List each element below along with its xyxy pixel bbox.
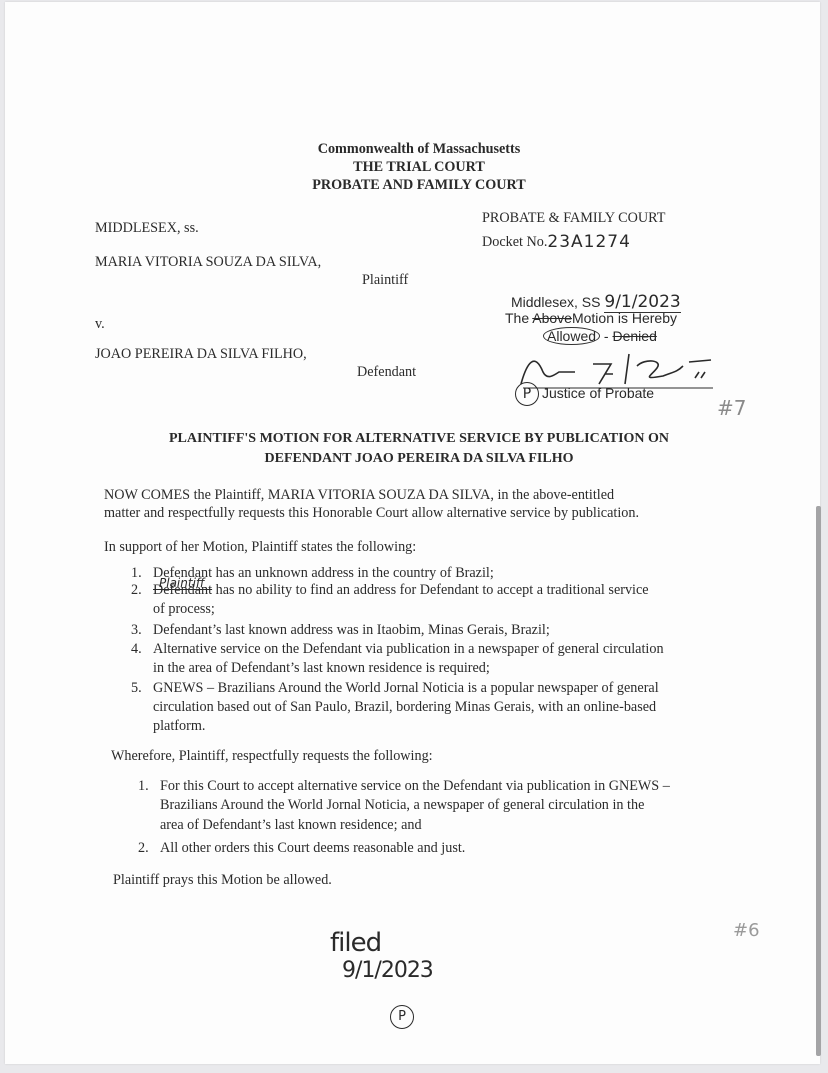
stamp-county-line: Middlesex, SS 9/1/2023: [511, 292, 681, 312]
item-text: Defendant’s last known address was in It…: [153, 622, 550, 638]
header-commonwealth: Commonwealth of Massachusetts: [5, 140, 828, 158]
item-text: All other orders this Court deems reason…: [160, 840, 465, 856]
list-item-continuation: Brazilians Around the World Jornal Notic…: [160, 795, 644, 815]
item-text: GNEWS – Brazilians Around the World Jorn…: [153, 680, 659, 696]
list-item: 1. For this Court to accept alternative …: [138, 776, 670, 796]
county-label: MIDDLESEX, ss.: [95, 220, 199, 237]
stamp-the: The: [505, 310, 529, 326]
motion-title-line1: PLAINTIFF'S MOTION FOR ALTERNATIVE SERVI…: [5, 429, 828, 449]
list-item: 5. GNEWS – Brazilians Around the World J…: [131, 678, 659, 698]
item-text: has no ability to find an address for De…: [216, 582, 649, 598]
margin-note-top: #7: [717, 396, 746, 420]
versus-label: v.: [95, 316, 105, 333]
margin-note-bottom: #6: [733, 920, 760, 941]
support-heading: In support of her Motion, Plaintiff stat…: [104, 539, 416, 556]
list-item-continuation: in the area of Defendant’s last known re…: [153, 658, 490, 678]
list-item: 2. All other orders this Court deems rea…: [138, 838, 465, 858]
item-number: 4.: [131, 639, 142, 659]
list-item-continuation: of process;: [153, 599, 215, 619]
item-number: 3.: [131, 620, 142, 640]
defendant-role: Defendant: [357, 364, 416, 381]
plaintiff-role: Plaintiff: [362, 272, 408, 289]
list-item-continuation: area of Defendant’s last known residence…: [160, 815, 422, 835]
stamp-justice-label: Justice of Probate: [542, 385, 654, 401]
closing-statement: Plaintiff prays this Motion be allowed.: [113, 872, 332, 889]
court-label: PROBATE & FAMILY COURT: [482, 210, 665, 227]
list-item-continuation: platform.: [153, 716, 205, 736]
document-page: Commonwealth of Massachusetts THE TRIAL …: [5, 2, 820, 1064]
docket-line: Docket No.23A1274: [482, 231, 631, 251]
filed-initial-circle: P: [390, 1005, 414, 1029]
item-number: 2.: [131, 580, 142, 600]
stamp-motion-line: The AboveMotion is Hereby: [505, 310, 677, 326]
defendant-name: JOAO PEREIRA DA SILVA FILHO,: [95, 346, 307, 363]
item-text-line: Defendant Plaintiff has no ability to fi…: [153, 582, 649, 598]
court-header: Commonwealth of Massachusetts THE TRIAL …: [5, 140, 828, 194]
item-text: Alternative service on the Defendant via…: [153, 641, 664, 657]
stamp-county: Middlesex, SS: [511, 294, 600, 310]
stamp-motion-text: Motion is Hereby: [572, 310, 677, 326]
intro-line1: NOW COMES the Plaintiff, MARIA VITORIA S…: [104, 487, 614, 504]
docket-label: Docket No.: [482, 234, 547, 250]
filed-date: 9/1/2023: [342, 958, 433, 983]
item-number: 2.: [138, 838, 149, 858]
vertical-scrollbar[interactable]: [816, 506, 821, 1056]
list-item: 2. Defendant Plaintiff has no ability to…: [131, 580, 649, 600]
motion-title-line2: DEFENDANT JOAO PEREIRA DA SILVA FILHO: [5, 449, 828, 469]
wherefore-heading: Wherefore, Plaintiff, respectfully reque…: [111, 748, 433, 765]
item-number: 1.: [138, 776, 149, 796]
docket-number: 23A1274: [547, 232, 631, 252]
list-item: 3. Defendant’s last known address was in…: [131, 620, 550, 640]
filed-word: filed: [330, 928, 381, 958]
list-item-continuation: circulation based out of San Paulo, Braz…: [153, 697, 656, 717]
motion-title: PLAINTIFF'S MOTION FOR ALTERNATIVE SERVI…: [5, 429, 828, 469]
handwritten-correction: Plaintiff: [159, 573, 205, 593]
list-item: 4. Alternative service on the Defendant …: [131, 639, 664, 659]
intro-line2: matter and respectfully requests this Ho…: [104, 505, 639, 522]
stamp-initial-circle: P: [515, 382, 539, 406]
item-text: For this Court to accept alternative ser…: [160, 778, 670, 794]
plaintiff-name: MARIA VITORIA SOUZA DA SILVA,: [95, 254, 321, 271]
header-probate-court: PROBATE AND FAMILY COURT: [5, 176, 828, 194]
stamp-struck-word: Above: [532, 310, 572, 326]
header-trial-court: THE TRIAL COURT: [5, 158, 828, 176]
item-number: 5.: [131, 678, 142, 698]
